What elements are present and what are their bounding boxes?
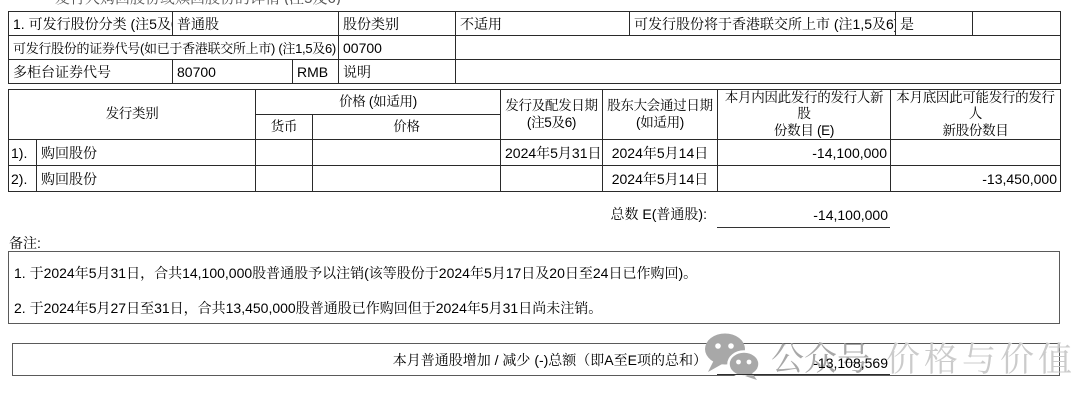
total-e-label: 总数 E(普通股): — [611, 204, 707, 228]
new-shares-header-cell: 本月内因此发行的发行人新股 份数目 (E) — [718, 90, 891, 140]
clipped-section-heading: 发行人购回股份或赎回股份的详情 (注5及6) — [55, 0, 485, 5]
egm-date-header-cell: 股东大会通过日期 (如适用) — [603, 90, 718, 140]
table-row: 多柜台证券代号 80700 RMB 说明 — [9, 60, 1061, 84]
remark-item: 2. 于2024年5月27日至31日，合共13,450,000股普通股已作购回但… — [14, 298, 1053, 318]
share-class-label-cell: 1. 可发行股份分类 (注5及6) — [9, 12, 173, 36]
issue-date-header-cell: 发行及配发日期 (注5及6) — [501, 90, 603, 140]
new-shares-cell: -14,100,000 — [718, 140, 891, 166]
empty-cell — [973, 12, 1061, 36]
table-row: 可发行股份的证券代号(如已于香港联交所上市) (注1,5及6) 00700 — [9, 36, 1061, 60]
multi-counter-label-cell: 多柜台证券代号 — [9, 60, 173, 84]
price-cell — [313, 166, 501, 192]
table-row: 2). 购回股份 2024年5月14日 -13,450,000 — [9, 166, 1061, 192]
listed-label-cell: 可发行股份将于香港联交所上市 (注1,5及6) — [630, 12, 896, 36]
issue-table: 发行类别 价格 (如适用) 发行及配发日期 (注5及6) 股东大会通过日期 (如… — [8, 89, 1061, 192]
summary-bar-label: 本月普通股增加 / 减少 (-)总额（即A至E项的总和） — [393, 350, 707, 370]
possible-shares-cell — [891, 140, 1061, 166]
total-e-line: 总数 E(普通股): -14,100,000 — [8, 204, 890, 228]
remarks-label: 备注: — [9, 233, 41, 253]
type-cell: 购回股份 — [37, 166, 256, 192]
stock-code-label-cell: 可发行股份的证券代号(如已于香港联交所上市) (注1,5及6) — [9, 36, 339, 60]
type-header-cell: 发行类别 — [9, 90, 256, 140]
share-class-value-cell: 普通股 — [173, 12, 339, 36]
price-group-header-cell: 价格 (如适用) — [256, 90, 501, 115]
sub-class-label-cell: 股份类别 — [339, 12, 456, 36]
summary-bar-content: 本月普通股增加 / 减少 (-)总额（即A至E项的总和） -13,108,569 — [12, 343, 890, 376]
total-e-value: -14,100,000 — [717, 207, 890, 228]
remark-item: 1. 于2024年5月31日，合共14,100,000股普通股予以注销(该等股份… — [14, 263, 1053, 283]
possible-shares-header-cell: 本月底因此可能发行的发行人 新股份数目 — [891, 90, 1061, 140]
header-row: 发行类别 价格 (如适用) 发行及配发日期 (注5及6) 股东大会通过日期 (如… — [9, 90, 1061, 115]
price-cell — [313, 140, 501, 166]
stock-code-value-cell: 00700 — [339, 36, 456, 60]
row-number-cell: 2). — [9, 166, 37, 192]
table-row: 1. 可发行股份分类 (注5及6) 普通股 股份类别 不适用 可发行股份将于香港… — [9, 12, 1061, 36]
multi-counter-currency-cell: RMB — [293, 60, 339, 84]
egm-date-cell: 2024年5月14日 — [603, 140, 718, 166]
empty-cell — [456, 36, 1061, 60]
currency-cell — [256, 166, 313, 192]
egm-date-cell: 2024年5月14日 — [603, 166, 718, 192]
currency-header-cell: 货币 — [256, 114, 313, 140]
issue-date-cell — [501, 166, 603, 192]
watermark-account-name: 价格与价值 — [886, 332, 1076, 381]
new-shares-cell — [718, 166, 891, 192]
price-header-cell: 价格 — [313, 114, 501, 140]
table-row: 1). 购回股份 2024年5月31日 2024年5月14日 -14,100,0… — [9, 140, 1061, 166]
currency-cell — [256, 140, 313, 166]
remarks-box: 1. 于2024年5月31日，合共14,100,000股普通股予以注销(该等股份… — [8, 251, 1060, 324]
summary-bar-value: -13,108,569 — [717, 355, 890, 375]
share-class-table: 1. 可发行股份分类 (注5及6) 普通股 股份类别 不适用 可发行股份将于香港… — [8, 11, 1061, 84]
description-value-cell — [456, 60, 1061, 84]
row-number-cell: 1). — [9, 140, 37, 166]
multi-counter-code-cell: 80700 — [173, 60, 293, 84]
issue-date-cell: 2024年5月31日 — [501, 140, 603, 166]
description-label-cell: 说明 — [339, 60, 456, 84]
sub-class-value-cell: 不适用 — [456, 12, 630, 36]
type-cell: 购回股份 — [37, 140, 256, 166]
listed-value-cell: 是 — [896, 12, 973, 36]
clipped-heading-text: 发行人购回股份或赎回股份的详情 (注5及6) — [55, 0, 485, 5]
possible-shares-cell: -13,450,000 — [891, 166, 1061, 192]
